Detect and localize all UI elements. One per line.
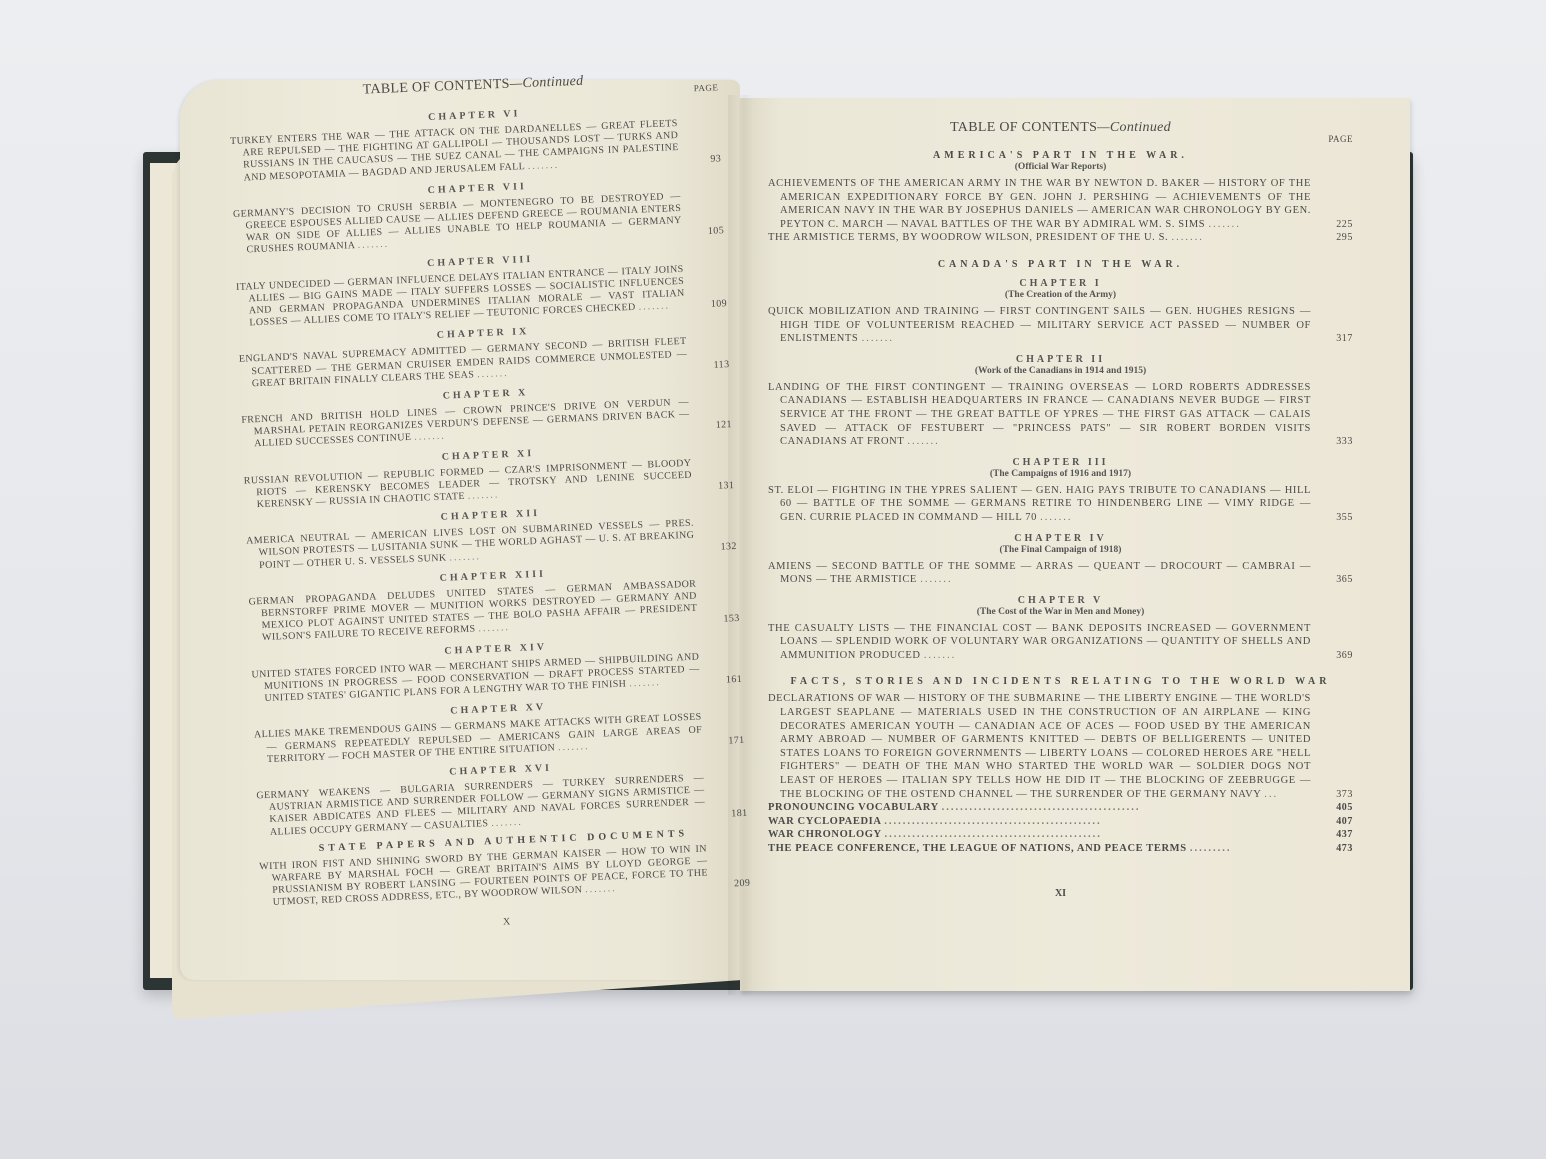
page-number: 109: [711, 298, 728, 311]
toc-title-suffix: —Continued: [509, 74, 583, 92]
toc-entry-peace-conference[interactable]: THE PEACE CONFERENCE, THE LEAGUE OF NATI…: [768, 842, 1353, 856]
page-number: 121: [716, 420, 733, 433]
entry-text: LANDING OF THE FIRST CONTINGENT — TRAINI…: [768, 382, 1311, 447]
page-number: 181: [731, 807, 748, 820]
entry-text: THE PEACE CONFERENCE, THE LEAGUE OF NATI…: [768, 843, 1187, 854]
page-number: 355: [1336, 511, 1353, 525]
page-number: 171: [728, 735, 745, 748]
entry-text: WAR CYCLOPAEDIA: [768, 816, 881, 827]
chapter-subtitle: (The Campaigns of 1916 and 1917): [768, 469, 1353, 479]
entry-text: QUICK MOBILIZATION AND TRAINING — FIRST …: [768, 306, 1311, 344]
page-number: 317: [1336, 332, 1353, 346]
toc-entry-chronology[interactable]: WAR CHRONOLOGY .........................…: [768, 828, 1353, 842]
page-number: 225: [1336, 218, 1353, 232]
page-number: 161: [726, 674, 743, 687]
toc-entry[interactable]: QUICK MOBILIZATION AND TRAINING — FIRST …: [768, 305, 1353, 346]
page-number: 437: [1336, 828, 1353, 842]
chapter-subtitle: (The Final Campaign of 1918): [768, 545, 1353, 555]
toc-entry-vocabulary[interactable]: PRONOUNCING VOCABULARY .................…: [768, 801, 1353, 815]
chapter-heading: CHAPTER III: [768, 457, 1353, 468]
chapter-heading: CHAPTER IV: [768, 533, 1353, 544]
section-heading-canada: CANADA'S PART IN THE WAR.: [768, 259, 1353, 270]
chapter-heading: CHAPTER II: [768, 354, 1353, 365]
entry-text: AMIENS — SECOND BATTLE OF THE SOMME — AR…: [768, 561, 1311, 586]
toc-entry[interactable]: AMIENS — SECOND BATTLE OF THE SOMME — AR…: [768, 560, 1353, 587]
toc-title-suffix: —Continued: [1097, 120, 1171, 135]
section-heading-america: AMERICA'S PART IN THE WAR.: [768, 150, 1353, 161]
page-number: 405: [1336, 801, 1353, 815]
entry-text: THE ARMISTICE TERMS, BY WOODROW WILSON, …: [768, 232, 1168, 243]
page-number: 153: [723, 613, 740, 626]
toc-entry-cyclopaedia[interactable]: WAR CYCLOPAEDIA ........................…: [768, 815, 1353, 829]
page-number: 295: [1336, 231, 1353, 245]
right-page-content: TABLE OF CONTENTS—Continued PAGE AMERICA…: [768, 120, 1353, 899]
page-number: 209: [734, 878, 751, 891]
toc-entry[interactable]: THE ARMISTICE TERMS, BY WOODROW WILSON, …: [768, 231, 1353, 245]
page-number: 373: [1336, 788, 1353, 802]
page-number: 407: [1336, 815, 1353, 829]
toc-title-text: TABLE OF CONTENTS: [950, 120, 1097, 135]
entry-text: PRONOUNCING VOCABULARY: [768, 802, 938, 813]
page-number: 333: [1336, 435, 1353, 449]
page-number: 93: [710, 153, 721, 166]
section-heading-facts: FACTS, STORIES AND INCIDENTS RELATING TO…: [768, 676, 1353, 687]
page-number: 365: [1336, 573, 1353, 587]
page-number: 105: [708, 226, 725, 239]
left-page-content: TABLE OF CONTENTS—Continued PAGE CHAPTER…: [228, 68, 752, 937]
toc-entry[interactable]: LANDING OF THE FIRST CONTINGENT — TRAINI…: [768, 381, 1353, 449]
chapter-heading: CHAPTER V: [768, 595, 1353, 606]
chapter-subtitle: (The Creation of the Army): [768, 290, 1353, 300]
entry-text: THE CASUALTY LISTS — THE FINANCIAL COST …: [768, 623, 1311, 661]
page-number: 132: [720, 541, 737, 554]
page-number: 113: [713, 359, 729, 372]
chapter-subtitle: (Work of the Canadians in 1914 and 1915): [768, 366, 1353, 376]
entry-text: WAR CHRONOLOGY: [768, 829, 881, 840]
toc-entry[interactable]: THE CASUALTY LISTS — THE FINANCIAL COST …: [768, 622, 1353, 663]
page-number: 131: [718, 480, 735, 493]
toc-entry[interactable]: ST. ELOI — FIGHTING IN THE YPRES SALIENT…: [768, 484, 1353, 525]
entry-text: DECLARATIONS OF WAR — HISTORY OF THE SUB…: [768, 693, 1311, 799]
page-number: 473: [1336, 842, 1353, 856]
page-number: 369: [1336, 649, 1353, 663]
toc-entry[interactable]: DECLARATIONS OF WAR — HISTORY OF THE SUB…: [768, 692, 1353, 801]
chapter-subtitle: (The Cost of the War in Men and Money): [768, 607, 1353, 617]
folio-number: XI: [768, 888, 1353, 899]
toc-entry[interactable]: ACHIEVEMENTS OF THE AMERICAN ARMY IN THE…: [768, 177, 1353, 231]
section-subtitle: (Official War Reports): [768, 162, 1353, 172]
chapter-heading: CHAPTER I: [768, 278, 1353, 289]
